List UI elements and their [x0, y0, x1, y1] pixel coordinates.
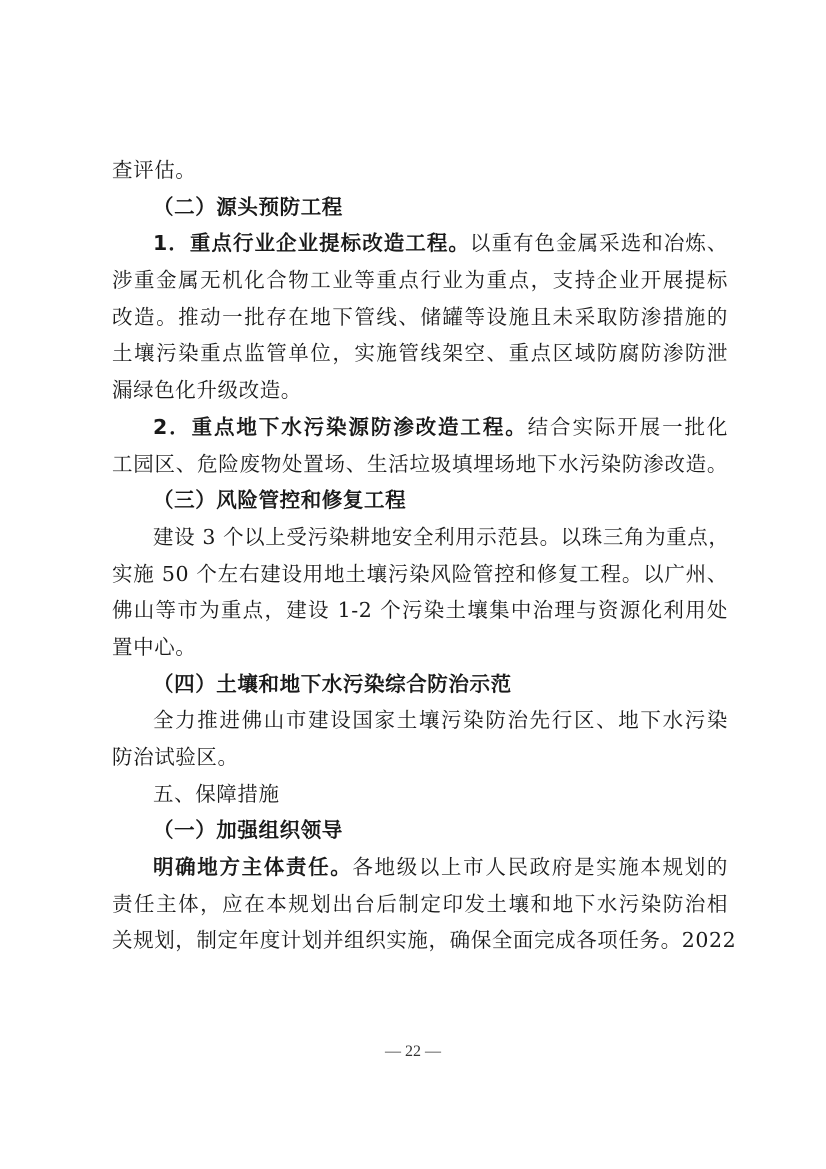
paragraph-line: 关规划，制定年度计划并组织实施，确保全面完成各项任务。2022 [112, 922, 728, 959]
subsection-heading-source-prevention: （二）源头预防工程 [112, 189, 728, 226]
paragraph-line: 建设 3 个以上受污染耕地安全利用示范县。以珠三角为重点， [112, 519, 728, 556]
document-page: 查评估。 （二）源头预防工程 1．重点行业企业提标改造工程。以重有色金属采选和冶… [112, 152, 728, 959]
item-2-text: 结合实际开展一批化 [528, 415, 728, 439]
paragraph-line: 漏绿色化升级改造。 [112, 372, 728, 409]
paragraph-line: 全力推进佛山市建设国家土壤污染防治先行区、地下水污染 [112, 702, 728, 739]
item-2-title: 2．重点地下水污染源防渗改造工程。 [153, 415, 528, 439]
subsection-heading-leadership: （一）加强组织领导 [112, 812, 728, 849]
paragraph-line: 防治试验区。 [112, 739, 728, 776]
responsibility-title: 明确地方主体责任。 [153, 855, 352, 879]
subsection-heading-risk-control: （三）风险管控和修复工程 [112, 482, 728, 519]
page-number: — 22 — [0, 1043, 826, 1061]
item-1-text: 以重有色金属采选和冶炼、 [470, 231, 728, 255]
subsection-heading-demonstration: （四）土壤和地下水污染综合防治示范 [112, 666, 728, 703]
paragraph-line: 涉重金属无机化合物工业等重点行业为重点，支持企业开展提标 [112, 262, 728, 299]
responsibility-text: 各地级以上市人民政府是实施本规划的 [352, 855, 728, 879]
paragraph-item-2: 2．重点地下水污染源防渗改造工程。结合实际开展一批化 [112, 409, 728, 446]
paragraph-item-1: 1．重点行业企业提标改造工程。以重有色金属采选和冶炼、 [112, 225, 728, 262]
paragraph-line: 工园区、危险废物处置场、生活垃圾填埋场地下水污染防渗改造。 [112, 446, 728, 483]
item-1-title: 1．重点行业企业提标改造工程。 [153, 231, 470, 255]
paragraph-line: 实施 50 个左右建设用地土壤污染风险管控和修复工程。以广州、 [112, 556, 728, 593]
section-heading-safeguards: 五、保障措施 [112, 776, 728, 813]
paragraph-line: 置中心。 [112, 629, 728, 666]
paragraph-line: 改造。推动一批存在地下管线、储罐等设施且未采取防渗措施的 [112, 299, 728, 336]
paragraph-line: 佛山等市为重点，建设 1-2 个污染土壤集中治理与资源化利用处 [112, 592, 728, 629]
paragraph-continuation: 查评估。 [112, 152, 728, 189]
paragraph-responsibility: 明确地方主体责任。各地级以上市人民政府是实施本规划的 [112, 849, 728, 886]
paragraph-line: 责任主体，应在本规划出台后制定印发土壤和地下水污染防治相 [112, 886, 728, 923]
paragraph-line: 土壤污染重点监管单位，实施管线架空、重点区域防腐防渗防泄 [112, 335, 728, 372]
